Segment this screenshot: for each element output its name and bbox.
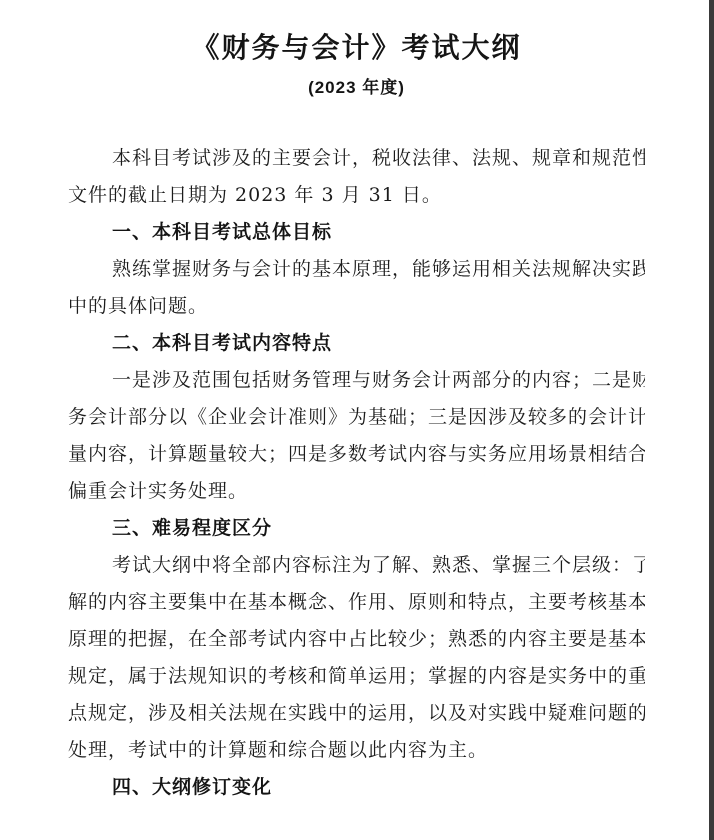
text-line: 偏重会计实务处理。 <box>68 473 645 510</box>
text-line: 处理，考试中的计算题和综合题以此内容为主。 <box>68 732 645 769</box>
section-heading-3: 三、难易程度区分 <box>68 510 645 547</box>
section-heading-2: 二、本科目考试内容特点 <box>68 325 645 362</box>
text-line: 务会计部分以《企业会计准则》为基础；三是因涉及较多的会计计 <box>68 399 645 436</box>
doc-subtitle: (2023 年度) <box>68 76 645 100</box>
text-line: 量内容，计算题量较大；四是多数考试内容与实务应用场景相结合， <box>68 436 645 473</box>
text-line: 点规定，涉及相关法规在实践中的运用，以及对实践中疑难问题的 <box>68 695 645 732</box>
section-heading-1: 一、本科目考试总体目标 <box>68 214 645 251</box>
viewer-right-edge <box>709 0 714 840</box>
text-line: 熟练掌握财务与会计的基本原理，能够运用相关法规解决实践 <box>68 251 645 288</box>
text-line: 考试大纲中将全部内容标注为了解、熟悉、掌握三个层级：了 <box>68 547 645 584</box>
doc-body: 本科目考试涉及的主要会计，税收法律、法规、规章和规范性 文件的截止日期为 202… <box>68 140 645 806</box>
text-line: 文件的截止日期为 2023 年 3 月 31 日。 <box>68 177 645 214</box>
text-line: 解的内容主要集中在基本概念、作用、原则和特点，主要考核基本 <box>68 584 645 621</box>
text-line: 原理的把握，在全部考试内容中占比较少；熟悉的内容主要是基本 <box>68 621 645 658</box>
document-page: 《财务与会计》考试大纲 (2023 年度) 本科目考试涉及的主要会计，税收法律、… <box>0 0 714 840</box>
text-line: 中的具体问题。 <box>68 288 645 325</box>
text-line: 规定，属于法规知识的考核和简单运用；掌握的内容是实务中的重 <box>68 658 645 695</box>
doc-title: 《财务与会计》考试大纲 <box>68 29 645 67</box>
text-line: 一是涉及范围包括财务管理与财务会计两部分的内容；二是财 <box>68 362 645 399</box>
section-heading-4: 四、大纲修订变化 <box>68 769 645 806</box>
text-line: 本科目考试涉及的主要会计，税收法律、法规、规章和规范性 <box>68 140 645 177</box>
